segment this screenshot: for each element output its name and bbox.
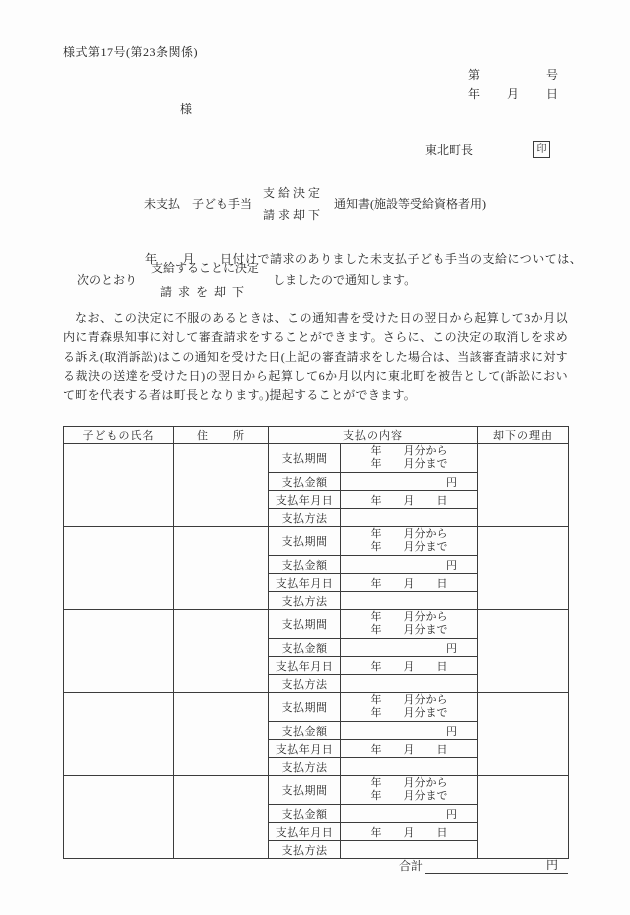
- payment-period-label: 支払期間: [269, 776, 341, 805]
- decision-suffix: しましたので通知します。: [273, 271, 416, 288]
- payment-method-value[interactable]: [341, 509, 478, 527]
- total-row: 合計 円: [63, 856, 568, 874]
- payment-amount-value[interactable]: 円: [341, 556, 478, 574]
- payment-date-label: 支払年月日: [269, 657, 341, 675]
- total-amount-blank[interactable]: 円: [425, 856, 568, 874]
- table-header-row: 子どもの氏名 住 所 支払の内容 却下の理由: [64, 427, 569, 444]
- table-row: 支払期間 年 月分から 年 月分まで: [64, 610, 569, 639]
- payment-date-label: 支払年月日: [269, 740, 341, 758]
- period-from-line: 年 月分から: [341, 445, 477, 458]
- payment-amount-label: 支払金額: [269, 556, 341, 574]
- payment-method-label: 支払方法: [269, 509, 341, 527]
- header-child-name: 子どもの氏名: [64, 427, 174, 444]
- payment-amount-label: 支払金額: [269, 722, 341, 740]
- date-day-label: 日: [546, 85, 558, 102]
- payment-method-value[interactable]: [341, 758, 478, 776]
- payment-amount-value[interactable]: 円: [341, 722, 478, 740]
- period-from-line: 年 月分から: [341, 777, 477, 790]
- decision-options: 支給することに決定 請求を却下: [151, 259, 259, 300]
- payment-method-value[interactable]: [341, 675, 478, 693]
- decision-option-grant: 支給することに決定: [151, 259, 259, 276]
- title-option-reject: 請求却下: [263, 206, 323, 223]
- addressee-honorific: 様: [180, 100, 192, 117]
- child-name-cell[interactable]: [64, 610, 174, 693]
- document-number-line: 第 号: [468, 66, 558, 83]
- payment-table: 子どもの氏名 住 所 支払の内容 却下の理由 支払期間 年 月分から 年 月分ま…: [63, 426, 569, 859]
- payment-method-label: 支払方法: [269, 592, 341, 610]
- payment-date-value[interactable]: 年 月 日: [341, 574, 478, 592]
- issuer-title: 東北町長: [425, 141, 473, 158]
- title-option-grant: 支給決定: [263, 184, 323, 201]
- payment-method-label: 支払方法: [269, 758, 341, 776]
- title-right: 通知書(施設等受給資格者用): [334, 195, 486, 212]
- issue-date-line: 年 月 日: [468, 85, 558, 102]
- form-number: 様式第17号(第23条関係): [63, 43, 198, 60]
- decision-option-reject: 請求を却下: [160, 283, 250, 300]
- rejection-reason-cell[interactable]: [478, 693, 569, 776]
- seal-stamp: 印: [533, 141, 550, 158]
- address-cell[interactable]: [174, 610, 269, 693]
- payment-amount-label: 支払金額: [269, 473, 341, 491]
- period-from-line: 年 月分から: [341, 694, 477, 707]
- period-to-line: 年 月分まで: [341, 541, 477, 554]
- payment-period-value[interactable]: 年 月分から 年 月分まで: [341, 444, 478, 473]
- table-row: 支払期間 年 月分から 年 月分まで: [64, 693, 569, 722]
- date-year-label: 年: [468, 85, 480, 102]
- address-cell[interactable]: [174, 693, 269, 776]
- payment-method-label: 支払方法: [269, 675, 341, 693]
- payment-period-label: 支払期間: [269, 610, 341, 639]
- payment-date-value[interactable]: 年 月 日: [341, 823, 478, 841]
- payment-period-value[interactable]: 年 月分から 年 月分まで: [341, 776, 478, 805]
- issuer-line: 東北町長 印: [425, 141, 550, 158]
- document-title: 未支払 子ども手当 支給決定 請求却下 通知書(施設等受給資格者用): [0, 184, 630, 223]
- payment-period-label: 支払期間: [269, 693, 341, 722]
- doc-number-prefix: 第: [468, 66, 480, 83]
- header-address: 住 所: [174, 427, 269, 444]
- payment-period-value[interactable]: 年 月分から 年 月分まで: [341, 610, 478, 639]
- payment-date-value[interactable]: 年 月 日: [341, 491, 478, 509]
- table-row: 支払期間 年 月分から 年 月分まで: [64, 776, 569, 805]
- appeal-instructions-paragraph: なお、この決定に不服のあるときは、この通知書を受けた日の翌日から起算して3か月以…: [63, 309, 568, 405]
- payment-date-label: 支払年月日: [269, 574, 341, 592]
- payment-date-value[interactable]: 年 月 日: [341, 740, 478, 758]
- payment-amount-label: 支払金額: [269, 805, 341, 823]
- period-from-line: 年 月分から: [341, 611, 477, 624]
- period-to-line: 年 月分まで: [341, 458, 477, 471]
- rejection-reason-cell[interactable]: [478, 610, 569, 693]
- table-row: 支払期間 年 月分から 年 月分まで: [64, 527, 569, 556]
- address-cell[interactable]: [174, 776, 269, 859]
- payment-date-label: 支払年月日: [269, 823, 341, 841]
- payment-amount-value[interactable]: 円: [341, 639, 478, 657]
- total-unit: 円: [546, 858, 558, 872]
- header-payment-content: 支払の内容: [269, 427, 478, 444]
- payment-date-value[interactable]: 年 月 日: [341, 657, 478, 675]
- date-month-label: 月: [507, 85, 519, 102]
- title-left: 未支払 子ども手当: [144, 195, 252, 212]
- payment-method-value[interactable]: [341, 592, 478, 610]
- child-name-cell[interactable]: [64, 776, 174, 859]
- rejection-reason-cell[interactable]: [478, 527, 569, 610]
- payment-date-label: 支払年月日: [269, 491, 341, 509]
- address-cell[interactable]: [174, 444, 269, 527]
- document-page: 様式第17号(第23条関係) 第 号 年 月 日 様 東北町長 印 未支払 子ど…: [0, 0, 630, 915]
- payment-period-label: 支払期間: [269, 527, 341, 556]
- payment-period-label: 支払期間: [269, 444, 341, 473]
- payment-amount-value[interactable]: 円: [341, 805, 478, 823]
- address-cell[interactable]: [174, 527, 269, 610]
- child-name-cell[interactable]: [64, 527, 174, 610]
- rejection-reason-cell[interactable]: [478, 776, 569, 859]
- payment-period-value[interactable]: 年 月分から 年 月分まで: [341, 527, 478, 556]
- payment-period-value[interactable]: 年 月分から 年 月分まで: [341, 693, 478, 722]
- doc-number-suffix: 号: [546, 66, 558, 83]
- period-to-line: 年 月分まで: [341, 624, 477, 637]
- child-name-cell[interactable]: [64, 693, 174, 776]
- rejection-reason-cell[interactable]: [478, 444, 569, 527]
- child-name-cell[interactable]: [64, 444, 174, 527]
- title-decision-options: 支給決定 請求却下: [263, 184, 323, 223]
- period-from-line: 年 月分から: [341, 528, 477, 541]
- payment-amount-value[interactable]: 円: [341, 473, 478, 491]
- period-to-line: 年 月分まで: [341, 790, 477, 803]
- decision-line: 次のとおり 支給することに決定 請求を却下 しましたので通知します。: [77, 259, 416, 300]
- table-row: 支払期間 年 月分から 年 月分まで: [64, 444, 569, 473]
- decision-prefix: 次のとおり: [77, 271, 137, 288]
- total-label: 合計: [399, 857, 423, 874]
- payment-table-container: 子どもの氏名 住 所 支払の内容 却下の理由 支払期間 年 月分から 年 月分ま…: [63, 426, 569, 859]
- header-rejection-reason: 却下の理由: [478, 427, 569, 444]
- payment-amount-label: 支払金額: [269, 639, 341, 657]
- period-to-line: 年 月分まで: [341, 707, 477, 720]
